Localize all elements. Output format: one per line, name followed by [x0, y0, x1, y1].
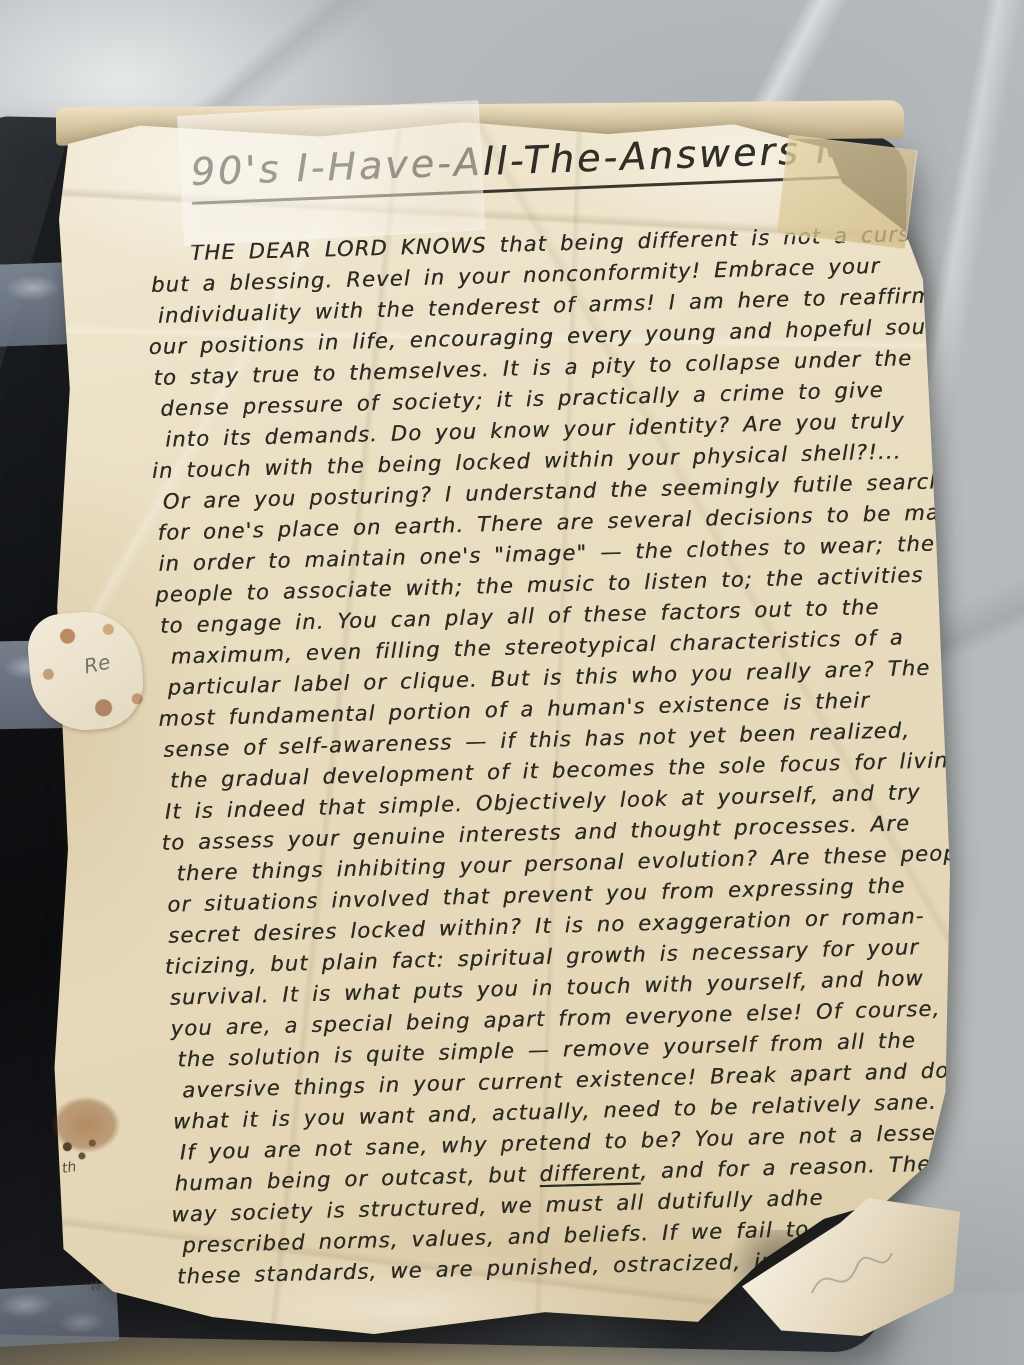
masking-tape-top-right [776, 134, 917, 249]
brown-stain-blob [32, 1086, 136, 1178]
manuscript-paper: 90's I-Have-All-The-Answers Manifesto TH… [50, 122, 950, 1334]
underlined-word: different [539, 1159, 640, 1186]
pencil-margin-mark: w [90, 1276, 102, 1294]
pencil-margin-mark: th [61, 1159, 77, 1177]
photo-of-manifesto-page: 90's I-Have-All-The-Answers Manifesto TH… [0, 0, 1024, 1365]
manuscript-body: THE DEAR LORD KNOWS that being different… [150, 221, 989, 1296]
clear-tape-top-left [177, 100, 485, 246]
